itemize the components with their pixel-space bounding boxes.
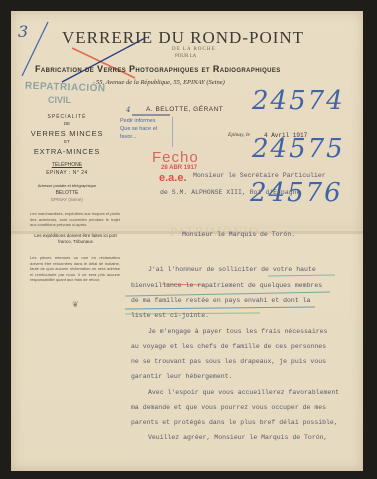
specialty-label: SPÉCIALITÉ xyxy=(17,114,117,120)
annotation-line: Que se hace el xyxy=(120,125,172,133)
telegraph-label: Adresse postale et télégraphique xyxy=(17,183,117,188)
fecho-stamp-date: 28 ABR 1917 xyxy=(161,165,197,171)
telegraph-city: EPINAY (Seine) xyxy=(17,197,117,202)
letterhead-subtitle-2: POUR LA xyxy=(175,54,196,59)
body-line: Je m'engage à payer tous les frais néces… xyxy=(148,328,327,335)
body-line: ma demande et que vous pourrez vous occu… xyxy=(131,404,326,411)
body-line: de ma famille restée en pays envahi et d… xyxy=(131,297,310,304)
registry-number-2: 24575 xyxy=(252,134,345,164)
company-address: 55, Avenue de la République, 55, EPINAY … xyxy=(96,79,225,86)
body-line: parents et protégés dans le plus bref dé… xyxy=(131,419,338,426)
telegraph-name: BELOTTE xyxy=(17,190,117,196)
specialty-et: ET xyxy=(17,139,117,144)
annotation-line: favor... xyxy=(120,133,172,141)
eae-stamp: e.a.e. xyxy=(159,172,187,184)
body-line: J'ai l'honneur de solliciter de votre ha… xyxy=(148,266,316,273)
registry-number-1: 24574 xyxy=(252,86,345,116)
fecho-stamp: Fecho xyxy=(152,149,199,166)
specialty-line-1: VERRES MINCES xyxy=(17,129,117,138)
terms-note-1: Les marchandises, expédiées aux risques … xyxy=(30,211,120,228)
terms-note-2: Les pièces retenues ou non en réclamatio… xyxy=(30,255,120,283)
recipient-line-2: de S.M. ALPHONSE XIII, Roi d'Espagne xyxy=(160,189,300,196)
manager-prefix: 4 xyxy=(126,106,130,114)
specialty-line-2: EXTRA-MINCES xyxy=(17,147,117,156)
body-line: bienveillance le rapatriement de quelque… xyxy=(131,282,322,289)
body-line: ne se trouvant pas sous les drapeaux, je… xyxy=(131,358,326,365)
company-activity: Fabrication de Verres Photographiques et… xyxy=(35,64,281,74)
salutation-recipient: Monsieur le Marquis de Torón. xyxy=(182,231,295,238)
specialty-de: DE xyxy=(17,121,117,126)
civil-stamp: CIVIL xyxy=(48,95,71,105)
annotation-box: Pedir informes Que se hace el favor... xyxy=(120,117,173,147)
body-line: au voyage et les chefs de famille de ces… xyxy=(131,343,326,350)
body-line: Veuillez agréer, Monsieur le Marquis de … xyxy=(148,434,327,441)
body-line: Avec l'espoir que vous accueillerez favo… xyxy=(148,389,339,396)
ornament-icon: ❦ xyxy=(72,300,79,309)
conditions-title: Les expéditions doivent être faites ici … xyxy=(28,233,123,245)
body-line: garantir leur hébergement. xyxy=(131,373,232,380)
manager-name: A. BELOTTE, GÉRANT xyxy=(146,106,223,113)
dateline-place: Epinay, le xyxy=(228,132,250,138)
telephone-label: TÉLÉPHONE xyxy=(17,162,117,168)
telephone-number: EPINAY : N° 24 xyxy=(17,170,117,176)
recipient-line-1: Monsieur le Secrétaire Particulier xyxy=(193,172,326,179)
letterhead-subtitle: DE LA ROCHE xyxy=(172,47,216,52)
annotation-line: Pedir informes xyxy=(120,117,172,125)
body-line: liste est ci-jointe. xyxy=(131,312,209,319)
company-name: VERRERIE DU ROND-POINT xyxy=(62,28,304,48)
handwritten-mark: 3 xyxy=(18,22,28,41)
